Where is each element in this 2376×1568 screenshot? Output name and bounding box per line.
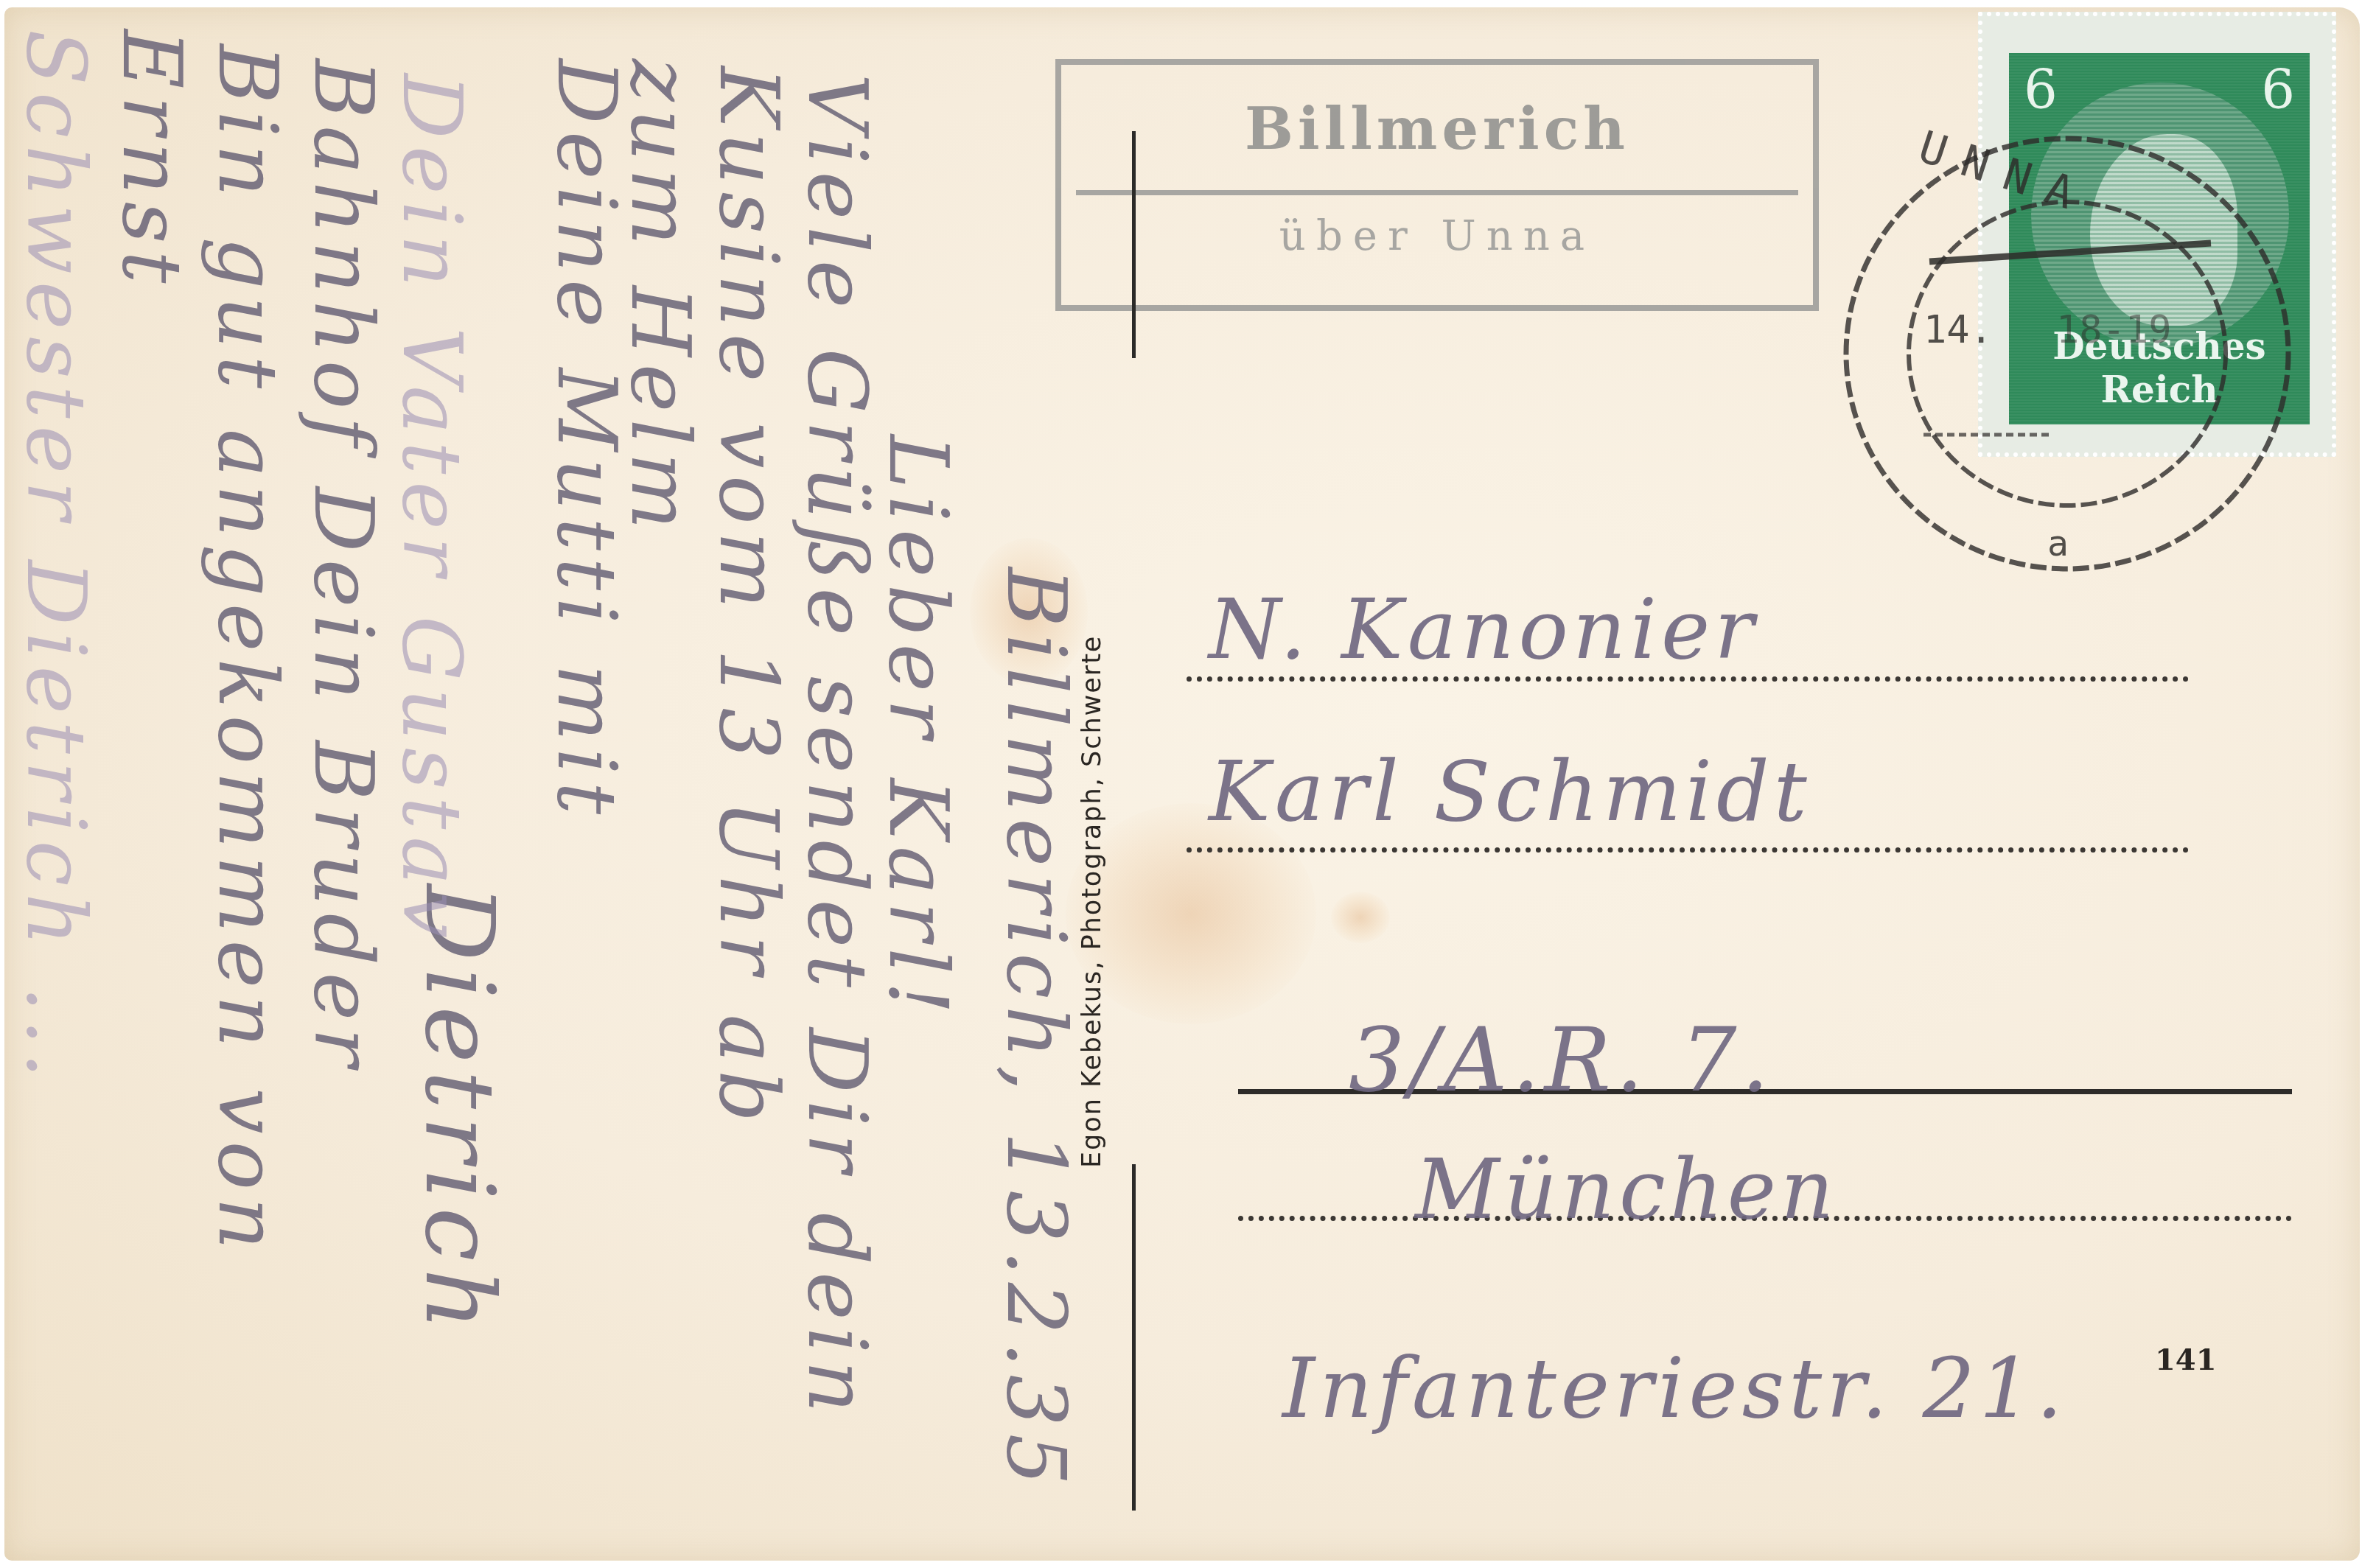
serial-number: 141 — [2155, 1343, 2217, 1377]
address-city: München — [1415, 1142, 1838, 1238]
center-divider-lower — [1132, 1164, 1136, 1511]
message-line: Viele Grüße sendet Dir dein — [790, 74, 884, 1420]
address-rank: N. Kanonier — [1209, 582, 1758, 678]
address-street: Infanteriestr. 21. — [1282, 1341, 2067, 1437]
water-stain — [1331, 892, 1390, 943]
message-date: Billmerich, 13.2.35 — [989, 567, 1083, 1493]
postmark-date: 14. — [1923, 308, 1993, 352]
postmark-time: 18-19 — [2056, 308, 2172, 352]
message-line: Ernst — [105, 29, 199, 290]
message-line: Deine Mutti mit — [539, 59, 634, 822]
message-line: Bahnhof Dein Bruder — [296, 59, 391, 1074]
message-signature: Dietrich — [404, 884, 516, 1337]
address-line-2-rule — [1187, 847, 2189, 853]
place-cancellation-box: Billmerich über Unna — [1055, 59, 1819, 311]
via-text: über Unna — [1061, 212, 1813, 260]
place-name: Billmerich — [1061, 96, 1813, 163]
address-unit: 3/A.R. 7. — [1349, 1009, 1774, 1112]
address-name: Karl Schmidt — [1209, 744, 1811, 840]
message-line: Bin gut angekommen von — [200, 44, 295, 1257]
cancel-divider — [1076, 190, 1798, 195]
center-divider-upper — [1132, 131, 1136, 358]
postmark: UNNA 14. 18-19 a — [1828, 111, 2299, 582]
message-faint-line: Dein Vater Gustav — [385, 74, 479, 945]
message-line: Kusine vom 13 Uhr ab — [702, 66, 796, 1130]
message-greeting: Lieber Karl! — [871, 435, 965, 1021]
message-margin-note: Schwester Dietrich ... — [9, 29, 103, 1085]
postmark-letter: a — [2047, 523, 2069, 564]
